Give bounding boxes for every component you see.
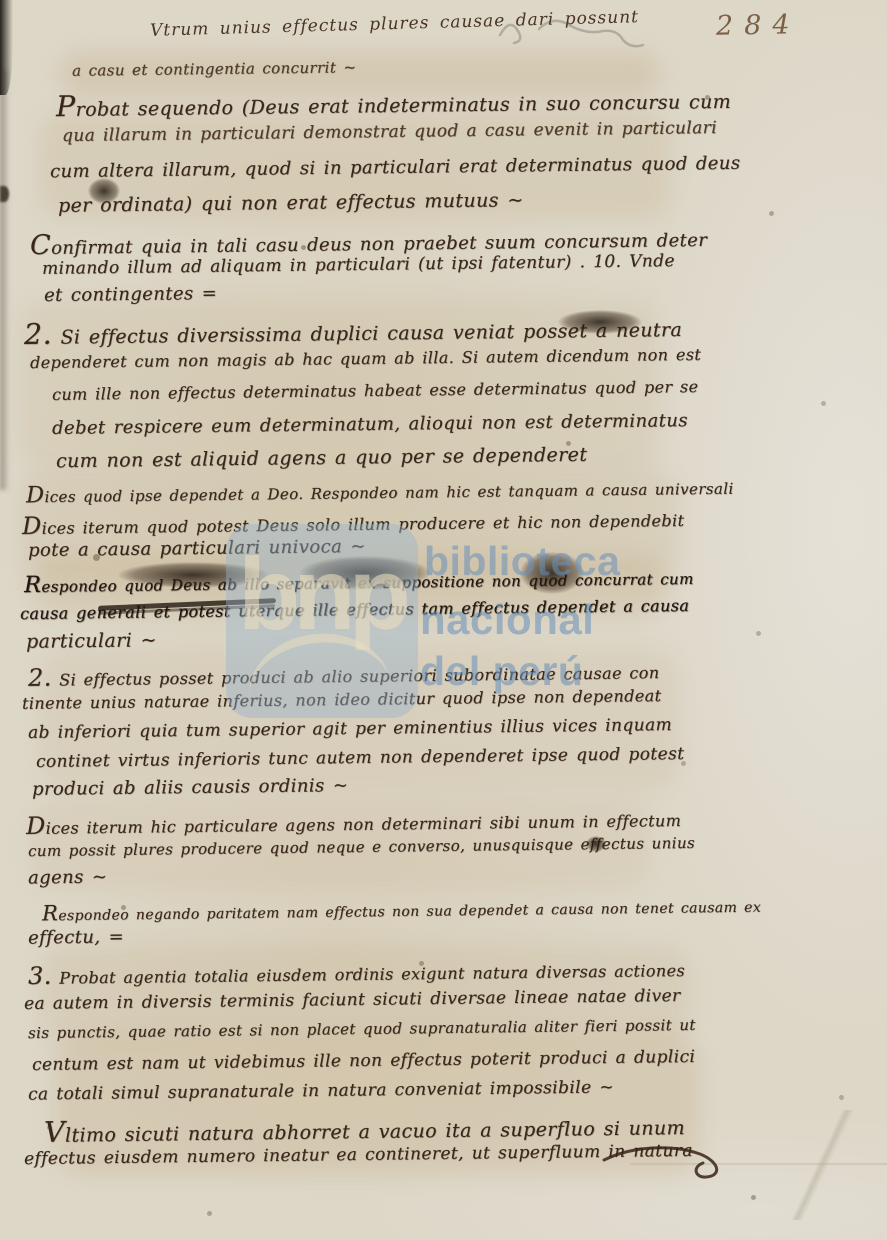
manuscript-line: effectu, = <box>28 926 124 948</box>
ink-blot <box>118 562 268 588</box>
manuscript-line: Respondeo negando paritatem nam effectus… <box>42 893 761 926</box>
ink-blot <box>586 836 606 852</box>
pen-flourish <box>602 1132 732 1187</box>
manuscript-line: pote a causa particulari univoca ~ <box>28 536 366 561</box>
manuscript-page: Vtrum unius effectus plures causae dari … <box>0 0 887 1240</box>
ink-blot <box>520 552 584 594</box>
manuscript-line: particulari ~ <box>26 629 157 653</box>
ink-blot <box>88 178 120 204</box>
ink-blot <box>300 556 430 590</box>
folio-number: 284 <box>716 9 801 41</box>
manuscript-line: et contingentes = <box>44 283 217 306</box>
manuscript-line: a casu et contingentia concurrit ~ <box>72 58 357 79</box>
ink-blot <box>558 310 642 334</box>
binding-edge <box>0 70 9 490</box>
manuscript-line: produci ab aliis causis ordinis ~ <box>32 775 348 800</box>
edge-mark <box>0 186 9 202</box>
manuscript-line: agens ~ <box>28 867 108 889</box>
